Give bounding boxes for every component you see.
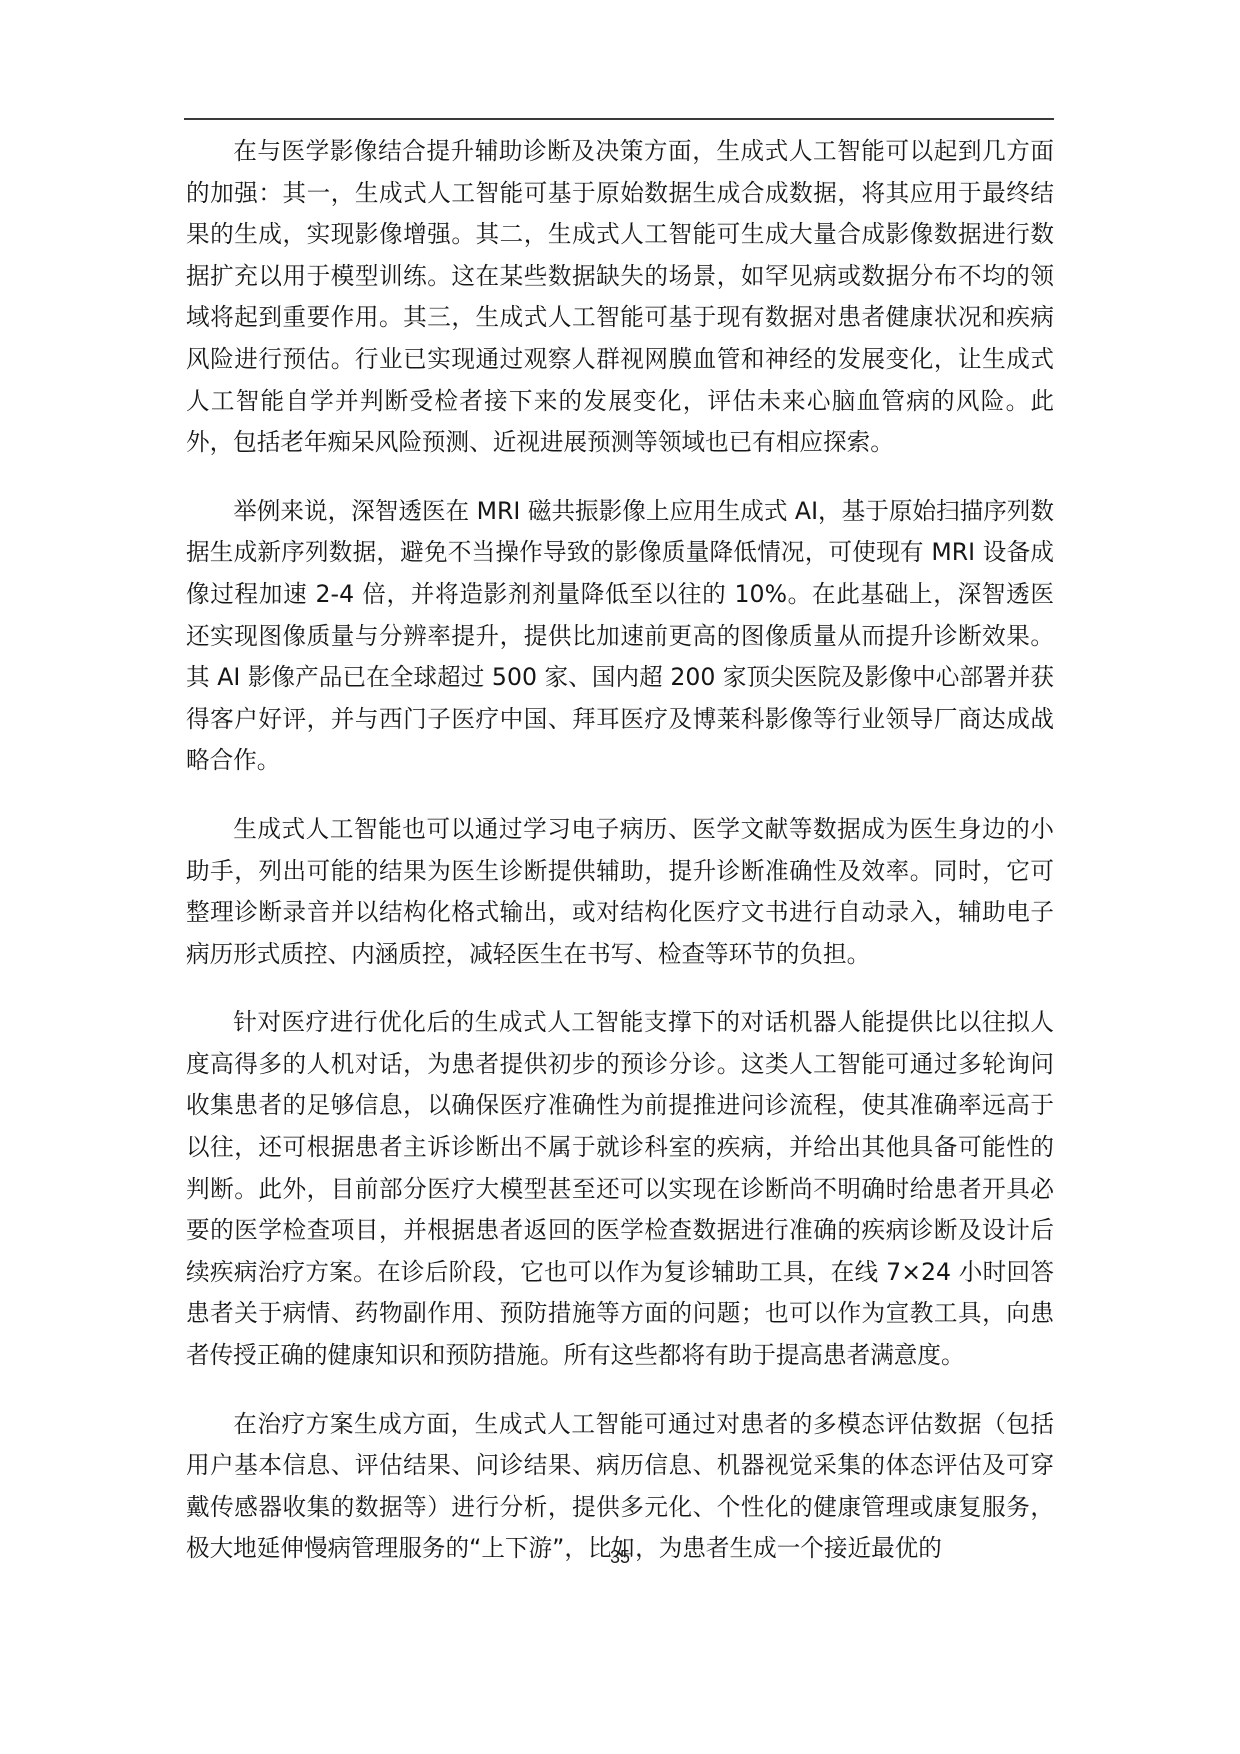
header-rule-divider [184,118,1054,120]
body-text: 在与医学影像结合提升辅助诊断及决策方面，生成式人工智能可以起到几方面的加强：其一… [186,131,1054,1597]
paragraph-dialogue-robot: 针对医疗进行优化后的生成式人工智能支撑下的对话机器人能提供比以往拟人度高得多的人… [186,1002,1054,1376]
document-page: 在与医学影像结合提升辅助诊断及决策方面，生成式人工智能可以起到几方面的加强：其一… [0,0,1240,1754]
paragraph-doctor-assistant: 生成式人工智能也可以通过学习电子病历、医学文献等数据成为医生身边的小助手，列出可… [186,809,1054,975]
paragraph-imaging-diagnosis: 在与医学影像结合提升辅助诊断及决策方面，生成式人工智能可以起到几方面的加强：其一… [186,131,1054,464]
paragraph-mri-example: 举例来说，深智透医在 MRI 磁共振影像上应用生成式 AI，基于原始扫描序列数据… [186,491,1054,782]
page-number: 35 [0,1545,1240,1569]
